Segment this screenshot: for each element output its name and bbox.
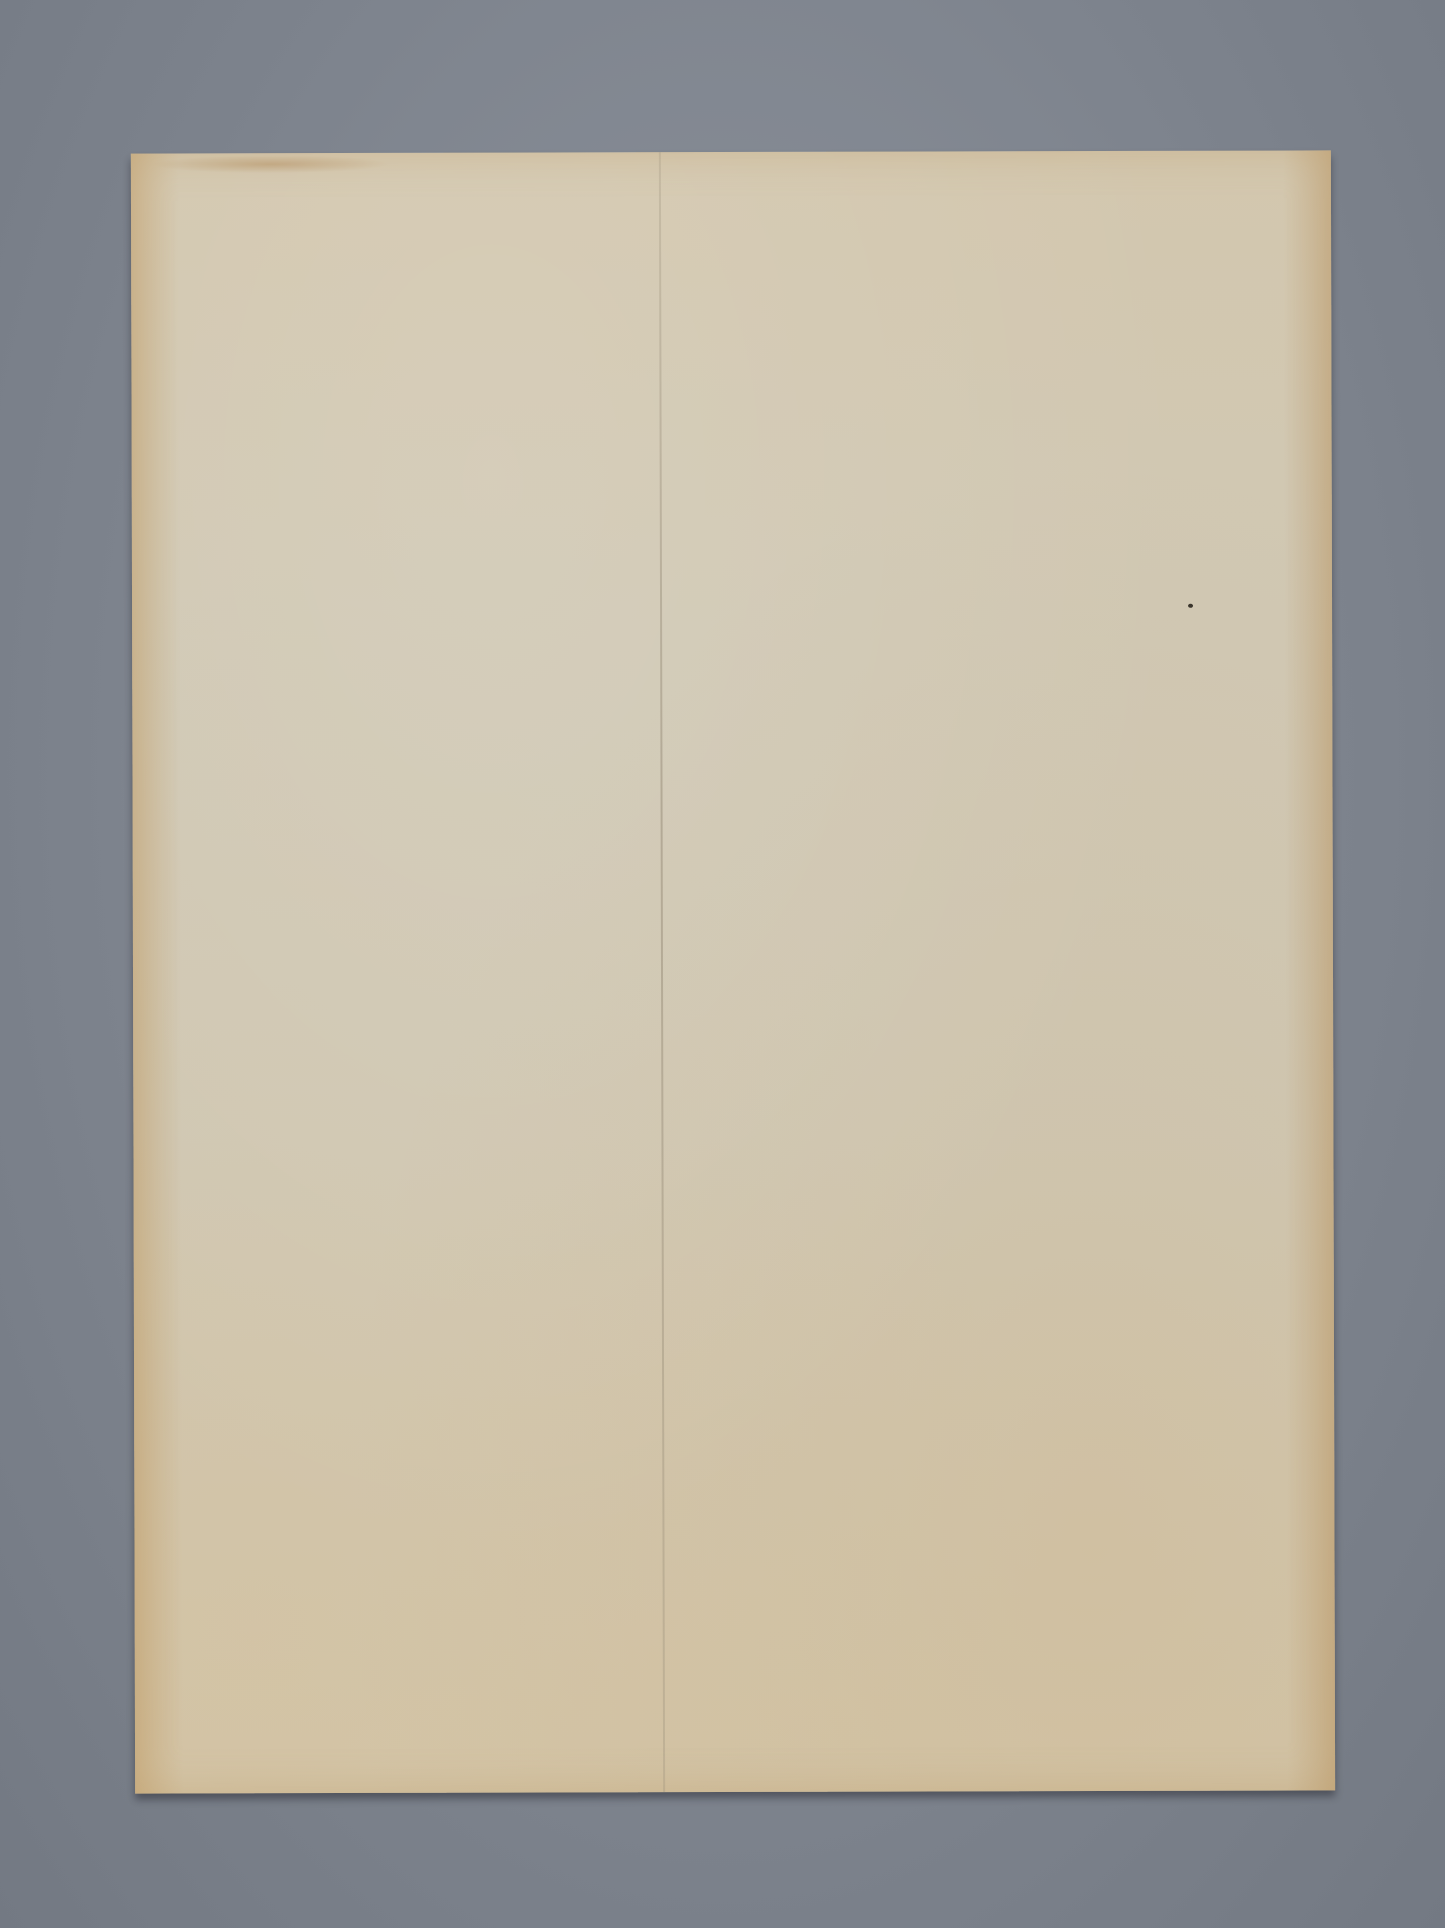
- center-fold-line: [659, 152, 665, 1792]
- edge-stain: [151, 155, 391, 174]
- paper-speck: [1188, 604, 1193, 608]
- gray-backdrop: [0, 0, 1445, 1928]
- blank-paper-sheet: [131, 150, 1335, 1793]
